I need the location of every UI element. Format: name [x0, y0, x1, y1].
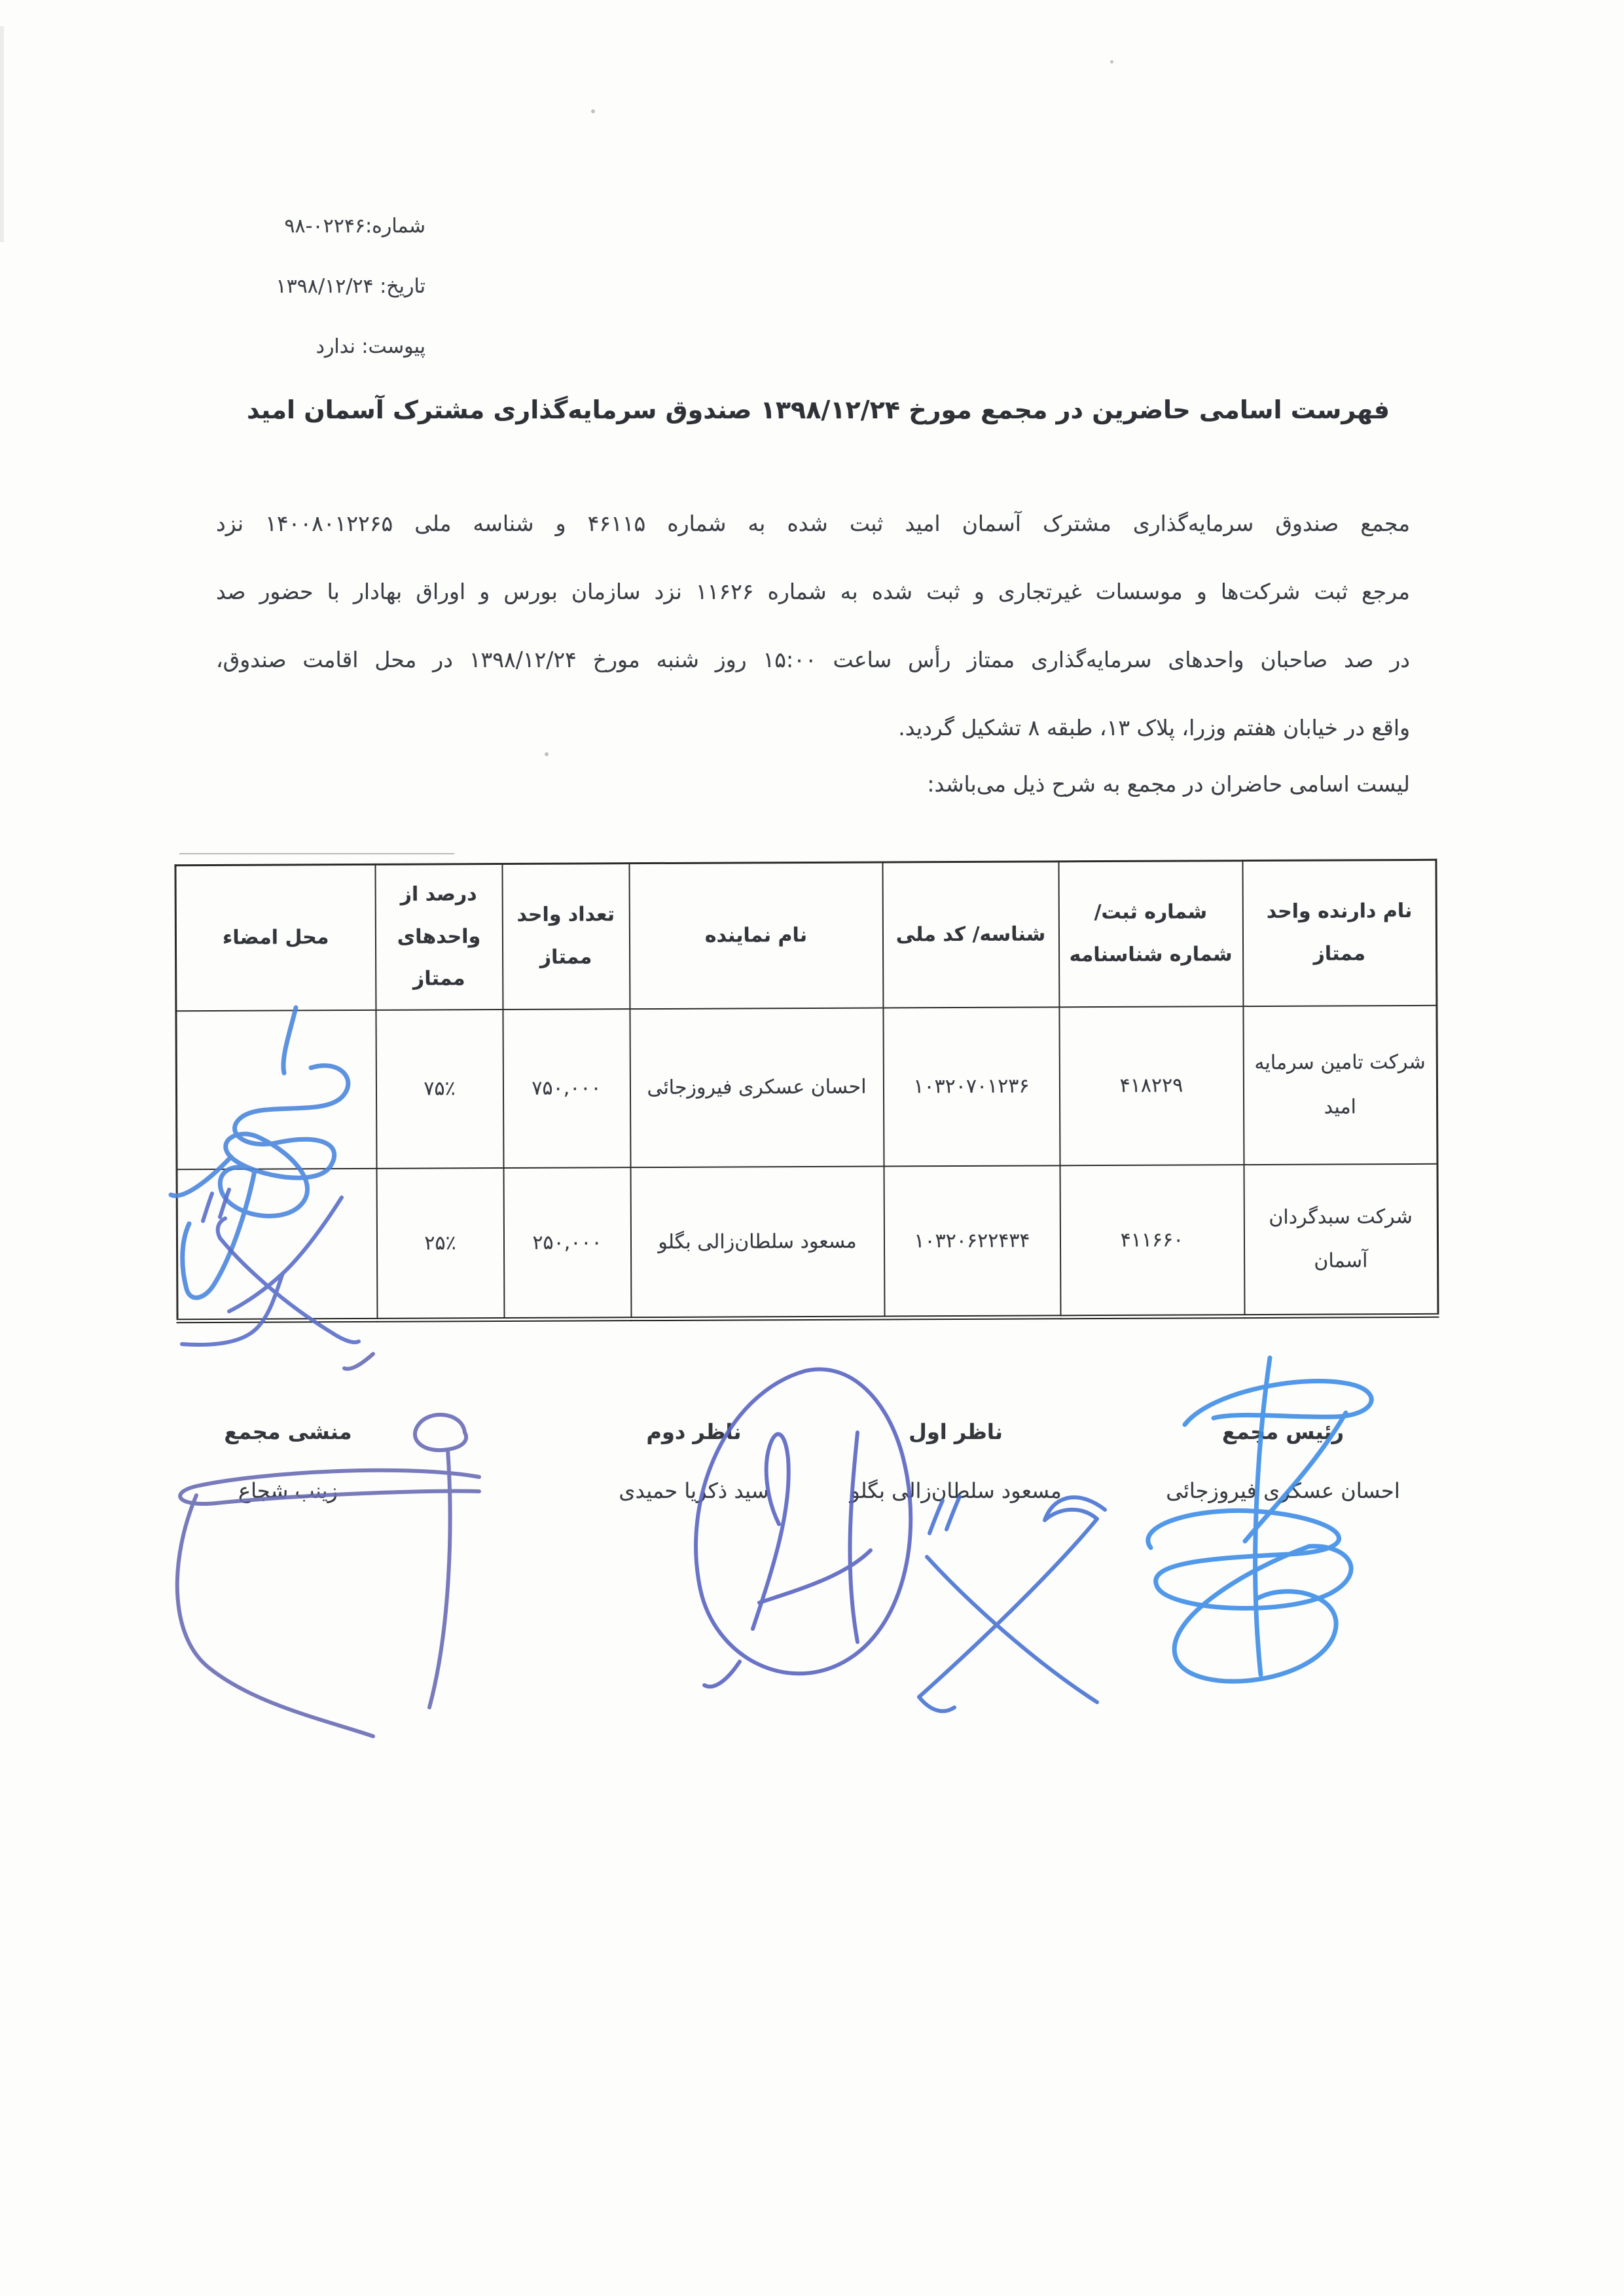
- signatory-name: سید ذکریا حمیدی: [543, 1478, 844, 1503]
- units-cell: ۲۵۰,۰۰۰: [503, 1167, 631, 1320]
- signatory-name: زینب شجاع: [137, 1478, 439, 1503]
- registration-cell: ۴۱۱۶۶۰: [1060, 1165, 1244, 1317]
- signatory-observer-1: ناظر اول مسعود سلطان‌زالی بگلو: [805, 1419, 1106, 1503]
- signatory-secretary: منشی مجمع زینب شجاع: [137, 1419, 439, 1503]
- signature-scribble-secretary: [156, 1341, 484, 1755]
- letterhead: شماره:۰۲۲۴۶-۹۸ تاریخ: ۱۳۹۸/۱۲/۲۴ پیوست: …: [233, 196, 425, 377]
- document-title: فهرست اسامی حاضرین در مجمع مورخ ۱۳۹۸/۱۲/…: [13, 395, 1623, 424]
- doc-date: تاریخ: ۱۳۹۸/۱۲/۲۴: [233, 257, 425, 317]
- table-header-row: نام دارنده واحد ممتاز شماره ثبت/ شماره ش…: [175, 860, 1437, 1010]
- representative-cell: احسان عسکری فیروزجائی: [630, 1008, 884, 1167]
- signatory-observer-2: ناظر دوم سید ذکریا حمیدی: [543, 1419, 844, 1503]
- col-units: تعداد واحد ممتاز: [502, 864, 630, 1010]
- scanned-document-page: شماره:۰۲۲۴۶-۹۸ تاریخ: ۱۳۹۸/۱۲/۲۴ پیوست: …: [0, 0, 1624, 2296]
- col-holder: نام دارنده واحد ممتاز: [1242, 860, 1437, 1006]
- signatory-chairman: رئیس مجمع احسان عسکری فیروزجائی: [1132, 1419, 1434, 1503]
- scan-edge-artifact: [0, 26, 4, 242]
- scan-speck: [545, 752, 549, 756]
- table-row: شرکت تامین سرمایه امید ۴۱۸۲۲۹ ۱۰۳۲۰۷۰۱۲۳…: [176, 1005, 1437, 1169]
- signatory-role: منشی مجمع: [137, 1419, 439, 1444]
- signatory-name: احسان عسکری فیروزجائی: [1132, 1478, 1434, 1503]
- intro-paragraph: مجمع صندوق سرمایه‌گذاری مشترک آسمان امید…: [216, 490, 1410, 762]
- signatory-role: ناظر دوم: [543, 1419, 844, 1444]
- doc-number: شماره:۰۲۲۴۶-۹۸: [233, 196, 425, 257]
- signature-cell: [177, 1168, 377, 1321]
- signatory-role: رئیس مجمع: [1132, 1419, 1434, 1444]
- doc-attachment: پیوست: ندارد: [233, 317, 425, 377]
- signature-scribble-chairman: [1072, 1347, 1394, 1696]
- scan-speck: [1110, 60, 1113, 64]
- scan-line-artifact: [179, 853, 454, 854]
- signature-cell: [176, 1010, 376, 1169]
- col-percent: درصد از واحدهای ممتاز: [375, 864, 503, 1010]
- intro-line: در صد صاحبان واحدهای سرمایه‌گذاری ممتاز …: [216, 626, 1410, 694]
- intro-line: مجمع صندوق سرمایه‌گذاری مشترک آسمان امید…: [216, 490, 1410, 558]
- signatory-role: ناظر اول: [805, 1419, 1106, 1444]
- holder-cell: شرکت تامین سرمایه امید: [1243, 1005, 1437, 1164]
- percent-cell: ۷۵٪: [376, 1010, 503, 1169]
- signature-scribble-observer-2: [640, 1354, 943, 1696]
- col-registration-no: شماره ثبت/ شماره شناسنامه: [1058, 861, 1243, 1007]
- list-intro: لیست اسامی حاضران در مجمع به شرح ذیل می‌…: [216, 763, 1410, 805]
- percent-cell: ۲۵٪: [376, 1168, 504, 1321]
- table-row: شرکت سبدگردان آسمان ۴۱۱۶۶۰ ۱۰۳۲۰۶۲۲۴۳۴ م…: [177, 1163, 1438, 1321]
- col-national-id: شناسه/ کد ملی: [882, 862, 1059, 1008]
- intro-line: مرجع ثبت شرکت‌ها و موسسات غیرتجاری و ثبت…: [216, 558, 1410, 626]
- national-id-cell: ۱۰۳۲۰۷۰۱۲۳۶: [883, 1007, 1060, 1166]
- col-representative: نام نماینده: [629, 862, 883, 1009]
- intro-line: واقع در خیابان هفتم وزرا، پلاک ۱۳، طبقه …: [216, 694, 1410, 762]
- national-id-cell: ۱۰۳۲۰۶۲۲۴۳۴: [884, 1165, 1060, 1318]
- attendance-table: نام دارنده واحد ممتاز شماره ثبت/ شماره ش…: [174, 859, 1439, 1323]
- representative-cell: مسعود سلطان‌زالی بگلو: [630, 1166, 884, 1319]
- registration-cell: ۴۱۸۲۲۹: [1059, 1006, 1244, 1165]
- scan-speck: [591, 109, 595, 113]
- signatory-name: مسعود سلطان‌زالی بگلو: [805, 1478, 1106, 1503]
- units-cell: ۷۵۰,۰۰۰: [503, 1009, 630, 1168]
- signature-scribble-observer-1: [863, 1472, 1139, 1735]
- holder-cell: شرکت سبدگردان آسمان: [1244, 1163, 1438, 1316]
- col-signature: محل امضاء: [175, 864, 376, 1010]
